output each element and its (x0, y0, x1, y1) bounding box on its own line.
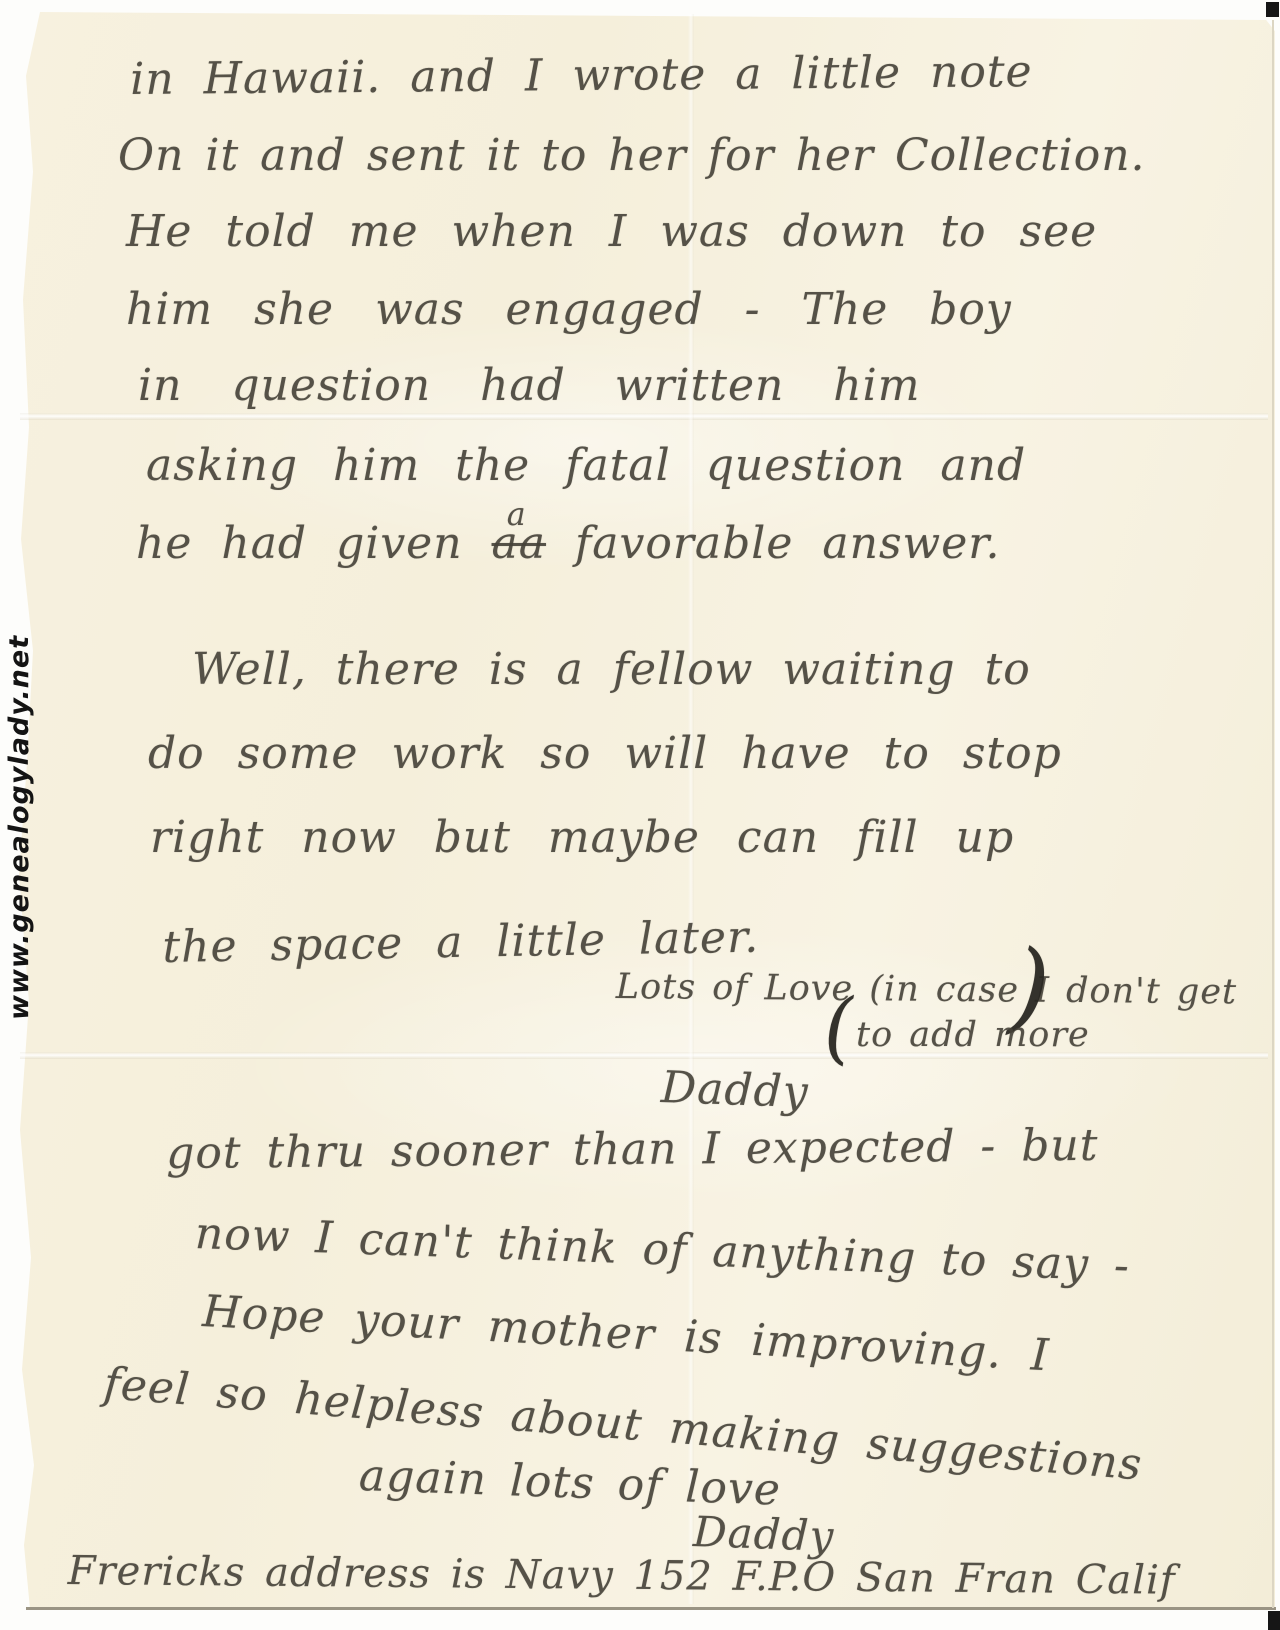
line-15: got thru sooner than I expected - but (166, 1118, 1099, 1181)
line-12: Lots of Love (in case I don't get (616, 966, 1238, 1015)
scanned-letter-page: www.genealogylady.net in Hawaii. and I w… (0, 0, 1280, 1630)
paper-bottom-edge (26, 1607, 1276, 1610)
line-01: in Hawaii. and I wrote a little note (130, 44, 1033, 107)
line-04: him she was engaged - The boy (126, 282, 1012, 337)
line-09: do some work so will have to stop (148, 726, 1062, 781)
line-07: he had given aaa favorable answer. (136, 516, 1000, 571)
watermark-text: www.genealogylady.net (4, 628, 35, 1020)
line-06: asking him the fatal question and (146, 438, 1026, 493)
line-14: Daddy (660, 1060, 810, 1120)
line-02: On it and sent it to her for her Collect… (118, 128, 1146, 183)
line-21: Frericks address is Navy 152 F.P.O San F… (68, 1546, 1176, 1606)
line-03: He told me when I was down to see (126, 204, 1097, 259)
line-10: right now but maybe can fill up (150, 810, 1014, 865)
line-05: in question had written him (138, 358, 920, 413)
crossed-out-correction: aaa (492, 516, 546, 571)
fold-crease-upper (20, 413, 1268, 420)
line-13: to add more (856, 1014, 1090, 1058)
paper-right-edge (1272, 20, 1274, 1608)
line-08: Well, there is a fellow waiting to (192, 642, 1031, 697)
paren-open: ( (822, 989, 855, 1068)
line-11: the space a little later. (162, 910, 760, 975)
scan-corner-mark-top-right (1266, 2, 1279, 17)
scan-corner-mark-bottom-right (1268, 1611, 1280, 1630)
